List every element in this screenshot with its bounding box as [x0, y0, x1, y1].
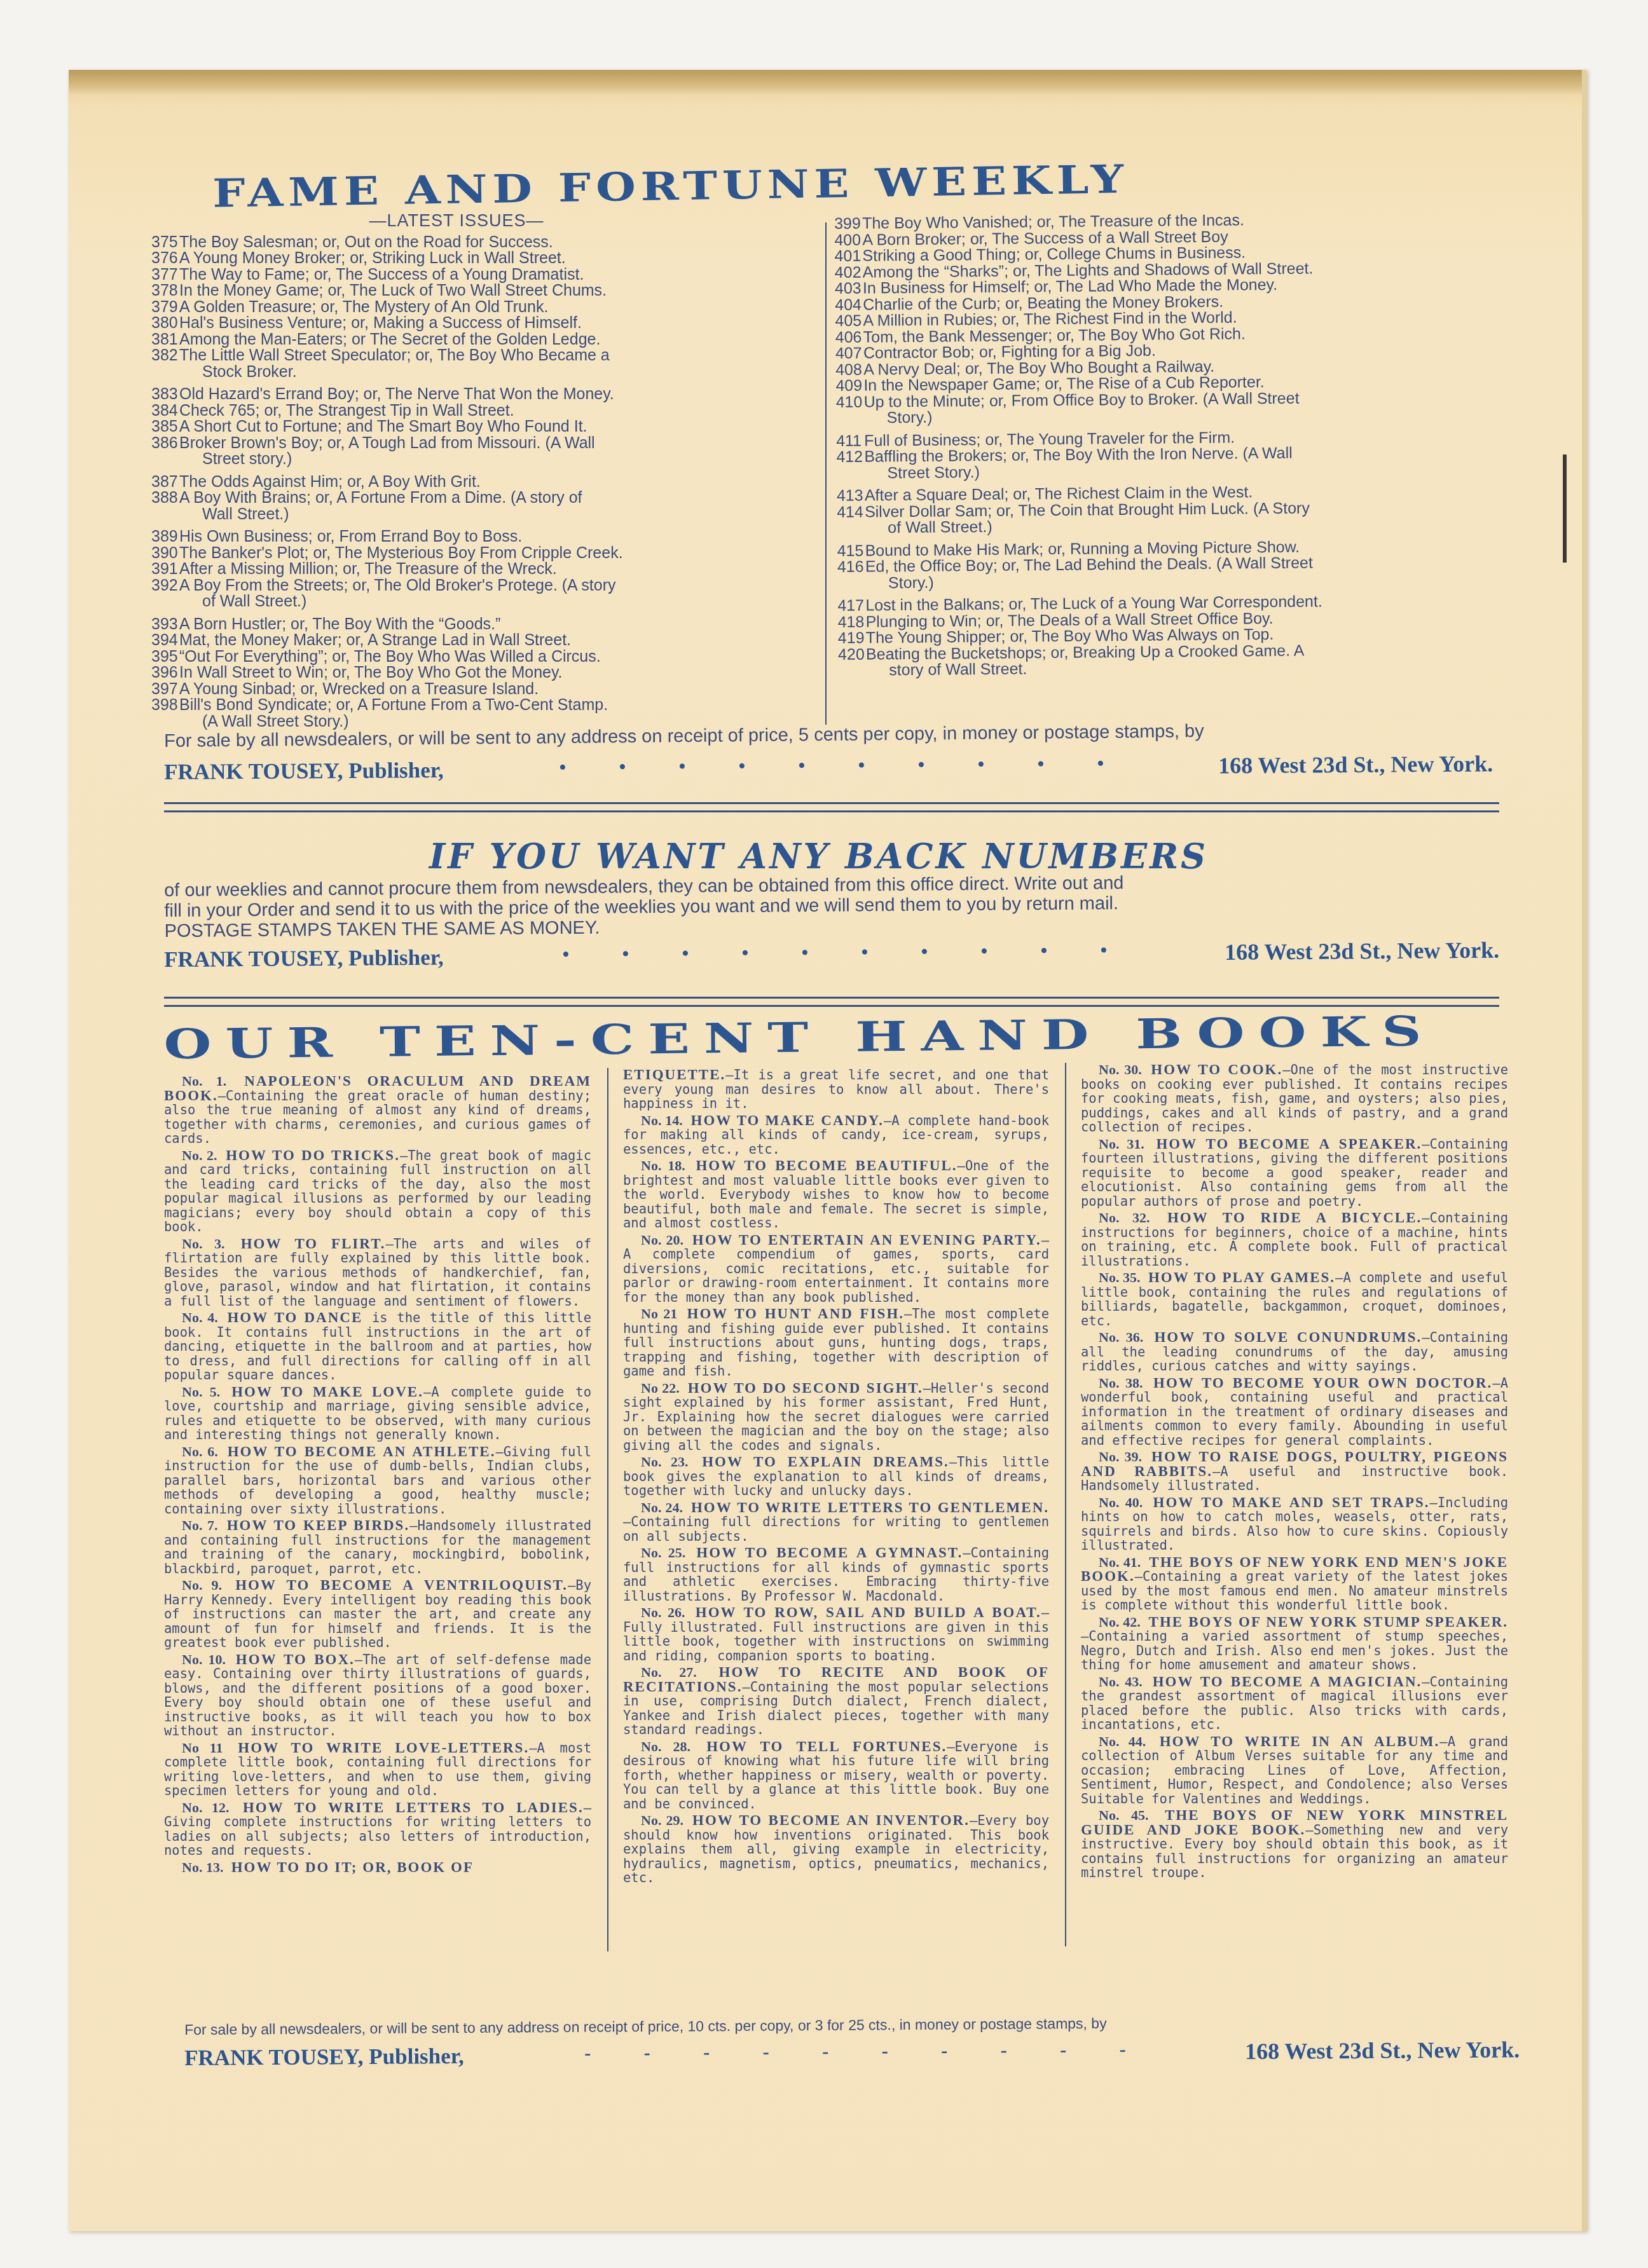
handbook-entry: No. 4. HOW TO DANCE is the title of this…: [164, 1311, 591, 1383]
handbook-entry: No. 20. HOW TO ENTERTAIN AN EVENING PART…: [623, 1233, 1049, 1305]
issue-title: The Odds Against Him; or, A Boy With Gri…: [179, 474, 825, 491]
issue-item: 376A Young Money Broker; or, Striking Lu…: [151, 250, 825, 267]
handbook-number: No. 25.: [641, 1545, 685, 1561]
double-rule-bottom: [164, 1005, 1499, 1007]
handbook-heading: HOW TO HUNT AND FISH.: [687, 1306, 904, 1322]
handbook-number: No. 32.: [1099, 1210, 1150, 1226]
handbook-number: No. 1.: [182, 1073, 226, 1089]
issue-title: The Banker's Plot; or, The Mysterious Bo…: [179, 545, 825, 562]
issue-item: 390The Banker's Plot; or, The Mysterious…: [151, 545, 825, 562]
issue-title-text: A Boy From the Streets; or, The Old Brok…: [179, 577, 616, 594]
issue-title: Silver Dollar Sam; or, The Coin that Bro…: [865, 498, 1511, 536]
issue-title: The Boy Salesman; or, Out on the Road fo…: [179, 235, 825, 251]
handbook-number: No. 13.: [182, 1859, 223, 1875]
handbook-entry: No. 18. HOW TO BECOME BEAUTIFUL.—One of …: [623, 1159, 1049, 1231]
handbook-entry: No. 41. THE BOYS OF NEW YORK END MEN'S J…: [1081, 1555, 1508, 1613]
issue-number: 375: [151, 235, 179, 251]
issue-number: 399: [834, 216, 862, 233]
handbook-number: No. 2.: [182, 1147, 217, 1163]
handbook-number: No. 36.: [1099, 1329, 1143, 1345]
column-divider: [1065, 1063, 1066, 1946]
issue-number: 403: [835, 281, 863, 297]
issue-title: After a Missing Million; or, The Treasur…: [179, 561, 825, 578]
handbook-heading: HOW TO DO SECOND SIGHT.: [688, 1380, 923, 1396]
handbook-heading: HOW TO BECOME A MAGICIAN.: [1153, 1674, 1422, 1690]
handbook-heading: ETIQUETTE.: [623, 1067, 725, 1083]
column-divider: [825, 222, 827, 725]
handbook-number: No 11: [182, 1740, 223, 1756]
issue-number: 377: [151, 267, 179, 283]
handbook-entry: No. 39. HOW TO RAISE DOGS, POULTRY, PIGE…: [1081, 1450, 1508, 1493]
handbook-entry: No. 24. HOW TO WRITE LETTERS TO GENTLEME…: [623, 1501, 1049, 1544]
issue-title: A Young Money Broker; or, Striking Luck …: [179, 250, 825, 267]
handbook-entry: No 21 HOW TO HUNT AND FISH.—The most com…: [623, 1307, 1049, 1379]
handbook-heading: HOW TO WRITE LETTERS TO LADIES.: [243, 1800, 584, 1815]
handbook-heading: HOW TO WRITE LETTERS TO GENTLEMEN.: [691, 1499, 1049, 1515]
issue-title-text: A Boy With Brains; or, A Fortune From a …: [179, 489, 582, 507]
publisher-name: FRANK TOUSEY, Publisher,: [164, 758, 444, 786]
handbook-heading: HOW TO WRITE LOVE-LETTERS.: [238, 1740, 529, 1756]
handbook-number: No. 23.: [641, 1454, 689, 1470]
handbook-number: No. 18.: [641, 1158, 685, 1173]
issue-number: 405: [835, 313, 863, 330]
column-divider: [607, 1068, 608, 1951]
handbook-description: —Containing a varied assortment of stump…: [1081, 1629, 1508, 1672]
issue-item: 392A Boy From the Streets; or, The Old B…: [151, 578, 825, 610]
issue-item: 375The Boy Salesman; or, Out on the Road…: [151, 235, 825, 251]
handbook-heading: HOW TO DANCE: [227, 1309, 362, 1325]
handbook-entry: No. 6. HOW TO BECOME AN ATHLETE.—Giving …: [164, 1445, 591, 1517]
handbook-entry: No. 2. HOW TO DO TRICKS.—The great book …: [164, 1149, 591, 1234]
issue-title: His Own Business; or, From Errand Boy to…: [179, 529, 825, 545]
issue-number: 412: [836, 449, 864, 482]
handbook-number: No. 30.: [1099, 1062, 1142, 1077]
issue-item: 388A Boy With Brains; or, A Fortune From…: [151, 490, 825, 523]
handbook-entry: No. 27. HOW TO RECITE AND BOOK OF RECITA…: [623, 1665, 1049, 1737]
issue-item: 393A Born Hustler; or, The Boy With the …: [151, 617, 825, 633]
handbook-entry: No 22. HOW TO DO SECOND SIGHT.—Heller's …: [623, 1381, 1049, 1453]
handbook-number: No. 24.: [641, 1499, 683, 1515]
handbook-heading: HOW TO MAKE AND SET TRAPS.: [1153, 1494, 1430, 1510]
issue-number: 386: [151, 435, 179, 468]
issue-title-continued: story of Wall Street.: [866, 657, 1512, 679]
handbook-entry: No. 31. HOW TO BECOME A SPEAKER.—Contain…: [1081, 1137, 1508, 1209]
publisher-name: FRANK TOUSEY, Publisher,: [164, 945, 444, 974]
handbooks-column-1: No. 1. NAPOLEON'S ORACULUM AND DREAM BOO…: [164, 1074, 591, 1877]
issue-number: 408: [835, 362, 863, 378]
issue-number: 411: [836, 433, 864, 449]
handbook-heading: HOW TO KEEP BIRDS.: [227, 1517, 409, 1533]
handbook-description: —Containing a great variety of the lates…: [1081, 1569, 1508, 1613]
issue-title: A Short Cut to Fortune; and The Smart Bo…: [179, 419, 825, 435]
issue-title-text: “Out For Everything”; or, The Boy Who Wa…: [179, 648, 601, 666]
handbook-description: —One of the most instructive books on co…: [1081, 1062, 1508, 1135]
issue-title-text: Among the Man-Eaters; or The Secret of t…: [179, 331, 600, 348]
handbook-entry: No. 1. NAPOLEON'S ORACULUM AND DREAM BOO…: [164, 1074, 591, 1146]
issue-title: A Young Sinbad; or, Wrecked on a Treasur…: [179, 681, 825, 698]
double-rule-top: [164, 802, 1499, 804]
handbook-heading: HOW TO BECOME A GYMNAST.: [696, 1545, 963, 1561]
issue-title: Old Hazard's Errand Boy; or, The Nerve T…: [179, 386, 825, 403]
handbook-entry: No. 5. HOW TO MAKE LOVE.—A complete guid…: [164, 1385, 591, 1442]
handbook-heading: HOW TO BOX.: [236, 1651, 355, 1667]
handbook-heading: HOW TO MAKE LOVE.: [231, 1384, 423, 1400]
issue-title-text: A Short Cut to Fortune; and The Smart Bo…: [179, 418, 587, 435]
handbook-number: No 21: [641, 1306, 677, 1322]
handbook-entry: No. 36. HOW TO SOLVE CONUNDRUMS.—Contain…: [1081, 1330, 1508, 1374]
issue-title: Hal's Business Venture; or, Making a Suc…: [179, 315, 825, 332]
issue-number: 389: [151, 529, 179, 545]
issue-title-text: A Young Sinbad; or, Wrecked on a Treasur…: [179, 680, 539, 698]
issue-item: 420Beating the Bucketshops; or, Breaking…: [838, 641, 1512, 679]
issue-item: 410Up to the Minute; or, From Office Boy…: [835, 388, 1509, 427]
handbook-entry: ETIQUETTE.—It is a great life secret, an…: [623, 1068, 1049, 1111]
issue-item: 396In Wall Street to Win; or, The Boy Wh…: [151, 665, 825, 681]
leader-dots: • • • • • • • • • •: [562, 939, 1131, 971]
issue-title-text: The Little Wall Street Speculator; or, T…: [179, 346, 610, 364]
issue-number: 390: [151, 545, 179, 562]
issue-title-text: The Odds Against Him; or, A Boy With Gri…: [179, 473, 481, 491]
issue-title-text: A Young Money Broker; or, Striking Luck …: [179, 249, 566, 267]
handbook-heading: HOW TO SOLVE CONUNDRUMS.: [1154, 1329, 1422, 1345]
handbook-number: No. 10.: [182, 1651, 226, 1667]
issue-number: 417: [837, 598, 865, 615]
handbook-number: No. 12.: [182, 1800, 229, 1815]
issue-title-continued: Stock Broker.: [179, 364, 825, 381]
handbook-description: —Containing full directions for writing …: [623, 1514, 1049, 1544]
issue-number: 381: [151, 332, 179, 348]
handbook-number: No. 28.: [641, 1739, 690, 1754]
issue-item: 377The Way to Fame; or, The Success of a…: [151, 267, 825, 283]
handbook-entry: No. 42. THE BOYS OF NEW YORK STUMP SPEAK…: [1081, 1615, 1508, 1672]
issue-number: 382: [151, 348, 179, 380]
handbook-entry: No. 12. HOW TO WRITE LETTERS TO LADIES.—…: [164, 1801, 591, 1858]
issue-item: 380Hal's Business Venture; or, Making a …: [151, 315, 825, 332]
issue-number: 419: [838, 631, 866, 647]
issue-number: 410: [835, 394, 863, 427]
handbook-number: No. 5.: [182, 1384, 220, 1400]
issue-item: 382The Little Wall Street Speculator; or…: [151, 348, 825, 380]
issue-item: 386Broker Brown's Boy; or, A Tough Lad f…: [151, 435, 825, 468]
publisher-address: 168 West 23d St., New York.: [1218, 750, 1493, 779]
issue-title: Bill's Bond Syndicate; or, A Fortune Fro…: [179, 697, 825, 730]
issue-title-text: A Golden Treasure; or, The Mystery of An…: [179, 298, 548, 316]
handbook-number: No. 39.: [1099, 1449, 1142, 1465]
issue-item: 385A Short Cut to Fortune; and The Smart…: [151, 419, 825, 435]
issue-title-text: Check 765; or, The Strangest Tip in Wall…: [179, 402, 514, 420]
issue-number: 401: [834, 249, 862, 265]
handbook-entry: No 11 HOW TO WRITE LOVE-LETTERS.—A most …: [164, 1741, 591, 1798]
handbook-entry: No. 25. HOW TO BECOME A GYMNAST.—Contain…: [623, 1546, 1049, 1603]
issue-title-text: The Banker's Plot; or, The Mysterious Bo…: [179, 544, 623, 562]
handbook-heading: HOW TO ENTERTAIN AN EVENING PARTY.: [692, 1232, 1041, 1248]
issue-item: 383Old Hazard's Errand Boy; or, The Nerv…: [151, 386, 825, 403]
handbook-entry: No. 38. HOW TO BECOME YOUR OWN DOCTOR.—A…: [1081, 1376, 1508, 1448]
issue-number: 413: [837, 488, 865, 505]
handbook-entry: No. 30. HOW TO COOK.—One of the most ins…: [1081, 1063, 1508, 1135]
issue-number: 388: [151, 490, 179, 523]
issue-title: Among the Man-Eaters; or The Secret of t…: [179, 332, 825, 348]
issue-item: 378In the Money Game; or, The Luck of Tw…: [151, 283, 825, 299]
issue-number: 414: [837, 504, 865, 536]
handbook-entry: No. 45. THE BOYS OF NEW YORK MINSTREL GU…: [1081, 1808, 1508, 1880]
handbook-entry: No. 43. HOW TO BECOME A MAGICIAN.—Contai…: [1081, 1675, 1508, 1732]
issue-item: 389His Own Business; or, From Errand Boy…: [151, 529, 825, 545]
issue-number: 391: [151, 561, 179, 578]
handbook-heading: HOW TO BECOME YOUR OWN DOCTOR.: [1153, 1375, 1492, 1391]
issue-item: 394Mat, the Money Maker; or, A Strange L…: [151, 632, 825, 649]
handbook-number: No. 20.: [641, 1232, 683, 1248]
issue-title: In the Money Game; or, The Luck of Two W…: [179, 283, 825, 299]
issue-title: Up to the Minute; or, From Office Boy to…: [863, 388, 1509, 427]
issue-number: 393: [151, 617, 179, 633]
issue-number: 404: [835, 297, 863, 313]
handbook-heading: HOW TO DO TRICKS.: [226, 1147, 400, 1163]
issue-number: 395: [151, 649, 179, 666]
issue-item: 391After a Missing Million; or, The Trea…: [151, 561, 825, 578]
issue-title-text: Bill's Bond Syndicate; or, A Fortune Fro…: [179, 696, 608, 714]
handbook-heading: HOW TO BECOME AN ATHLETE.: [228, 1444, 496, 1459]
issue-number: 380: [151, 315, 179, 332]
issue-title-text: After a Missing Million; or, The Treasur…: [179, 560, 557, 578]
handbook-number: No. 6.: [182, 1444, 218, 1459]
issues-list-right: 399The Boy Who Vanished; or, The Treasur…: [834, 210, 1512, 686]
leader-dots: • • • • • • • • • •: [560, 753, 1129, 783]
handbooks-column-3: No. 30. HOW TO COOK.—One of the most ins…: [1081, 1063, 1508, 1883]
handbook-heading: HOW TO DO IT; OR, BOOK OF: [231, 1859, 474, 1875]
issue-item: 416Ed, the Office Boy; or, The Lad Behin…: [837, 554, 1511, 592]
issue-title-text: Old Hazard's Errand Boy; or, The Nerve T…: [179, 385, 614, 403]
issue-number: 409: [835, 378, 863, 395]
issue-number: 383: [151, 386, 179, 403]
handbook-number: No. 45.: [1099, 1807, 1149, 1823]
issue-title: A Boy From the Streets; or, The Old Brok…: [179, 578, 825, 610]
handbook-number: No. 9.: [182, 1577, 222, 1593]
handbook-number: No. 29.: [641, 1812, 683, 1828]
issue-title-text: In the Money Game; or, The Luck of Two W…: [179, 282, 607, 299]
issue-number: 398: [151, 697, 179, 730]
issue-title-text: Hal's Business Venture; or, Making a Suc…: [179, 314, 582, 332]
handbook-number: No. 31.: [1099, 1136, 1144, 1152]
issue-title-text: Broker Brown's Boy; or, A Tough Lad from…: [179, 434, 595, 452]
handbooks-column-2: ETIQUETTE.—It is a great life secret, an…: [623, 1068, 1049, 1888]
issue-title-text: The Boy Salesman; or, Out on the Road fo…: [179, 233, 553, 251]
double-rule-top: [164, 997, 1499, 999]
issue-title-text: A Born Hustler; or, The Boy With the “Go…: [179, 615, 500, 633]
handbook-entry: No. 44. HOW TO WRITE IN AN ALBUM.—A gran…: [1081, 1735, 1508, 1807]
handbook-heading: HOW TO BECOME AN INVENTOR.: [692, 1812, 970, 1828]
issue-title: A Born Hustler; or, The Boy With the “Go…: [179, 617, 825, 633]
handbook-heading: HOW TO TELL FORTUNES.: [706, 1739, 947, 1754]
handbook-entry: No. 35. HOW TO PLAY GAMES.—A complete an…: [1081, 1271, 1508, 1328]
handbook-entry: No. 40. HOW TO MAKE AND SET TRAPS.—Inclu…: [1081, 1496, 1508, 1553]
latest-issues-label: —LATEST ISSUES—: [291, 213, 622, 229]
issue-title: Beating the Bucketshops; or, Breaking Up…: [866, 641, 1512, 679]
issue-title: Broker Brown's Boy; or, A Tough Lad from…: [179, 435, 825, 468]
handbook-entry: No. 9. HOW TO BECOME A VENTRILOQUIST.—By…: [164, 1578, 591, 1650]
handbook-number: No. 44.: [1099, 1733, 1146, 1749]
issue-number: 392: [151, 578, 179, 610]
issue-number: 376: [151, 250, 179, 267]
handbook-number: No 22.: [641, 1380, 680, 1396]
issue-number: 384: [151, 403, 179, 420]
publisher-address: 168 West 23d St., New York.: [1225, 937, 1499, 966]
issue-number: 407: [835, 346, 863, 362]
issue-number: 385: [151, 419, 179, 435]
handbook-entry: No. 28. HOW TO TELL FORTUNES.—Everyone i…: [623, 1740, 1049, 1812]
issue-number: 387: [151, 474, 179, 491]
handbook-entry: No. 32. HOW TO RIDE A BICYCLE.—Containin…: [1081, 1211, 1508, 1268]
issue-item: 384Check 765; or, The Strangest Tip in W…: [151, 403, 825, 420]
handbook-number: No. 42.: [1099, 1614, 1141, 1630]
handbook-entry: No. 29. HOW TO BECOME AN INVENTOR.—Every…: [623, 1814, 1049, 1885]
issue-title-continued: Wall Street.): [179, 507, 825, 523]
handbook-number: No. 35.: [1099, 1269, 1141, 1285]
handbook-heading: HOW TO BECOME A VENTRILOQUIST.: [235, 1577, 568, 1593]
issue-number: 415: [837, 543, 865, 559]
issue-number: 406: [835, 329, 863, 346]
issue-title-text: In Wall Street to Win; or, The Boy Who G…: [179, 664, 563, 681]
handbook-heading: HOW TO BECOME A SPEAKER.: [1156, 1136, 1422, 1152]
handbook-heading: HOW TO PLAY GAMES.: [1148, 1269, 1335, 1285]
handbook-heading: HOW TO COOK.: [1151, 1062, 1282, 1077]
issue-title: A Boy With Brains; or, A Fortune From a …: [179, 490, 825, 523]
back-numbers-title: IF YOU WANT ANY BACK NUMBERS: [429, 836, 1208, 877]
handbook-heading: HOW TO EXPLAIN DREAMS.: [702, 1454, 949, 1470]
issue-item: 381Among the Man-Eaters; or The Secret o…: [151, 332, 825, 348]
issue-title-continued: Street Story.): [864, 460, 1510, 481]
handbook-number: No. 43.: [1099, 1674, 1143, 1690]
issue-title-continued: Street story.): [179, 451, 825, 468]
issue-title: A Golden Treasure; or, The Mystery of An…: [179, 299, 825, 316]
handbook-description: —The art of self-defense made easy. Cont…: [164, 1652, 591, 1739]
handbook-description: —Containing the great oracle of human de…: [164, 1088, 591, 1147]
issue-title: Mat, the Money Maker; or, A Strange Lad …: [179, 632, 825, 649]
handbook-heading: HOW TO FLIRT.: [241, 1236, 386, 1252]
handbook-heading: HOW TO BECOME BEAUTIFUL.: [696, 1158, 957, 1173]
issue-title-text: His Own Business; or, From Errand Boy to…: [179, 528, 522, 545]
worn-top-edge: [69, 70, 1582, 95]
issue-title-text: The Way to Fame; or, The Success of a Yo…: [179, 266, 584, 283]
handbook-entry: No. 23. HOW TO EXPLAIN DREAMS.—This litt…: [623, 1455, 1049, 1498]
issues-list-left: —LATEST ISSUES— 375The Boy Salesman; or,…: [151, 213, 825, 736]
issue-item: 379A Golden Treasure; or, The Mystery of…: [151, 299, 825, 316]
handbook-heading: THE BOYS OF NEW YORK STUMP SPEAKER.: [1149, 1614, 1508, 1630]
double-rule-bottom: [164, 810, 1499, 812]
handbook-number: No. 14.: [641, 1112, 683, 1128]
issue-number: 402: [835, 264, 863, 281]
issue-number: 418: [837, 614, 865, 631]
publisher-address: 168 West 23d St., New York.: [1245, 2036, 1520, 2065]
issue-title-text: Up to the Minute; or, From Office Boy to…: [863, 389, 1299, 411]
handbook-heading: HOW TO ROW, SAIL AND BUILD A BOAT.: [696, 1604, 1041, 1620]
handbook-entry: No. 14. HOW TO MAKE CANDY.—A complete ha…: [623, 1114, 1049, 1157]
handbook-number: No. 40.: [1099, 1494, 1143, 1510]
issue-title-text: Mat, the Money Maker; or, A Strange Lad …: [179, 631, 571, 649]
issue-title: In Wall Street to Win; or, The Boy Who G…: [179, 665, 825, 681]
handbook-number: No. 41.: [1099, 1554, 1141, 1570]
leader-dots: - - - - - - - - - -: [584, 2039, 1150, 2069]
handbook-heading: HOW TO WRITE IN AN ALBUM.: [1160, 1733, 1440, 1749]
issue-item: 387The Odds Against Him; or, A Boy With …: [151, 474, 825, 491]
handbook-number: No. 38.: [1099, 1375, 1143, 1391]
issue-title: Check 765; or, The Strangest Tip in Wall…: [179, 403, 825, 420]
issue-title-continued: of Wall Street.): [179, 594, 825, 610]
issue-number: 397: [151, 681, 179, 698]
issue-item: 412Baffling the Brokers; or, The Boy Wit…: [836, 444, 1510, 482]
issue-title-continued: of Wall Street.): [865, 515, 1511, 536]
back-numbers-text: of our weeklies and cannot procure them …: [164, 870, 1500, 941]
issue-item: 397A Young Sinbad; or, Wrecked on a Trea…: [151, 681, 825, 698]
handbook-number: No. 26.: [641, 1604, 685, 1620]
binding-mark: [1563, 454, 1567, 563]
issue-number: 378: [151, 283, 179, 299]
issue-item: 395“Out For Everything”; or, The Boy Who…: [151, 649, 825, 666]
handbook-number: No. 7.: [182, 1517, 217, 1533]
issue-title: “Out For Everything”; or, The Boy Who Wa…: [179, 649, 825, 666]
issue-number: 394: [151, 632, 179, 649]
handbook-number: No. 3.: [182, 1236, 224, 1252]
issue-number: 379: [151, 299, 179, 316]
issue-number: 400: [834, 232, 862, 249]
issue-number: 396: [151, 665, 179, 681]
issue-title: Ed, the Office Boy; or, The Lad Behind t…: [865, 554, 1511, 592]
issue-item: 398Bill's Bond Syndicate; or, A Fortune …: [151, 697, 825, 730]
issue-number: 420: [838, 646, 866, 679]
handbook-entry: No. 26. HOW TO ROW, SAIL AND BUILD A BOA…: [623, 1606, 1049, 1663]
issue-title: The Way to Fame; or, The Success of a Yo…: [179, 267, 825, 283]
handbook-number: No. 27.: [641, 1664, 697, 1680]
issue-title: Baffling the Brokers; or, The Boy With t…: [864, 444, 1510, 482]
issue-title-text: Baffling the Brokers; or, The Boy With t…: [864, 444, 1293, 466]
issue-title: The Little Wall Street Speculator; or, T…: [179, 348, 825, 380]
handbook-entry: No. 10. HOW TO BOX.—The art of self-defe…: [164, 1653, 591, 1739]
handbook-entry: No. 7. HOW TO KEEP BIRDS.—Handsomely ill…: [164, 1519, 591, 1576]
handbook-number: No. 4.: [182, 1309, 218, 1325]
issue-item: 414Silver Dollar Sam; or, The Coin that …: [837, 498, 1511, 536]
handbook-heading: HOW TO MAKE CANDY.: [691, 1112, 884, 1128]
handbook-heading: HOW TO RIDE A BICYCLE.: [1167, 1210, 1422, 1226]
issue-number: 416: [837, 559, 865, 592]
handbook-entry: No. 3. HOW TO FLIRT.—The arts and wiles …: [164, 1237, 591, 1309]
handbook-entry: No. 13. HOW TO DO IT; OR, BOOK OF: [164, 1861, 591, 1875]
publisher-name: FRANK TOUSEY, Publisher,: [184, 2044, 464, 2072]
